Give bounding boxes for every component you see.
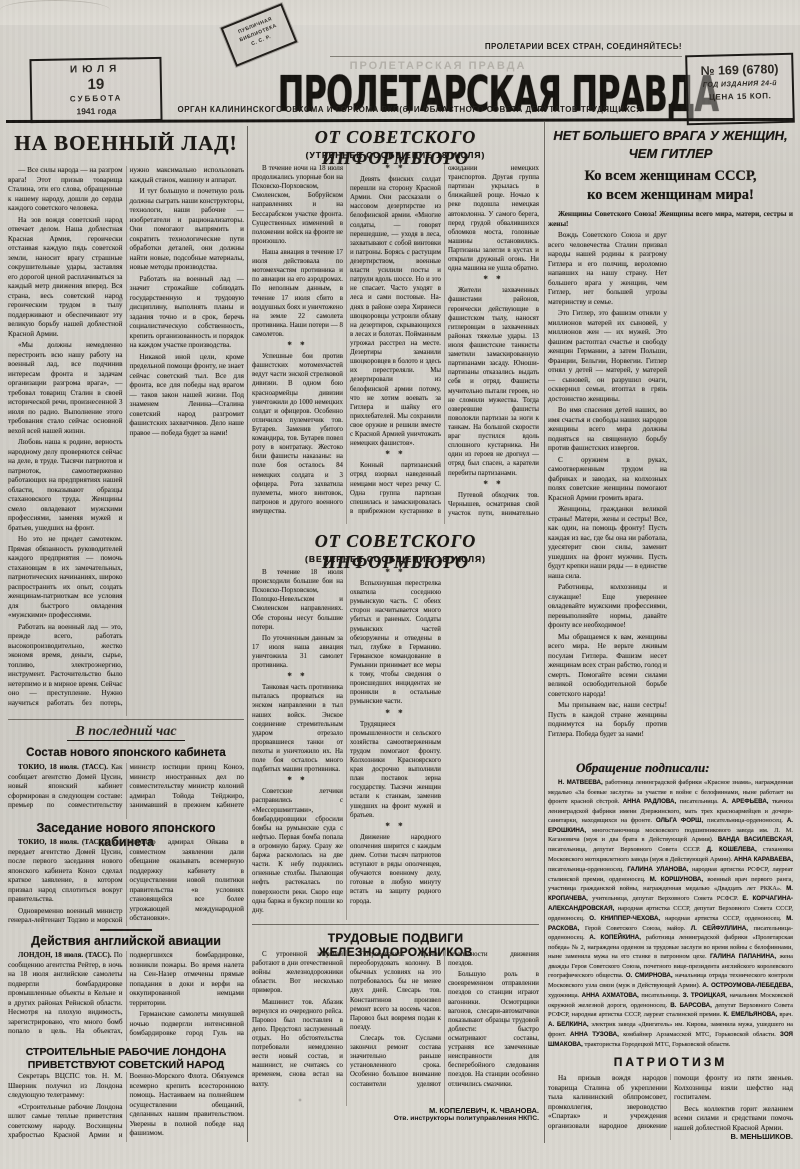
section-rule (8, 719, 244, 720)
masthead-subtitle: ОРГАН КАЛИНИНСКОГО ОБКОМА И ГОРКОМА ВКП(… (140, 105, 680, 114)
headline-british-aviation: Действия английской авиации (8, 934, 244, 948)
headline-london-builders-line2: ПРИВЕТСТВУЮТ СОВЕТСКИЙ НАРОД (8, 1059, 244, 1072)
section-rule (100, 929, 152, 931)
slogan-rule (330, 56, 682, 57)
railway-signature-names: М. КОПЕЛЕВИЧ, К. ЧВАНОВА. (429, 1106, 539, 1115)
signed-by-label: Обращение подписали: (548, 760, 793, 776)
issue-box: № 169 (6780) ГОД ИЗДАНИЯ 24-й ЦЕНА 15 КО… (685, 53, 795, 126)
patriotism-signature: В. МЕНЬШИКОВ. (660, 1132, 793, 1141)
article-evening-report-body: В течение 18 июля происходили большие бо… (252, 568, 539, 920)
headline-informburo-evening: ОТ СОВЕТСКОГО ИНФОРМБЮРО (252, 531, 539, 573)
article-japan-session-body: ТОКИО, 18 июля. (ТАСС). Как передает аге… (8, 838, 244, 926)
kicker-line2: ЧЕМ ГИТЛЕР (548, 145, 793, 163)
article-railway-feats-body: С утроенной энергией работают в дни отеч… (252, 950, 539, 1106)
date-day: 19 (32, 75, 160, 94)
issue-price: ЦЕНА 15 КОП. (688, 91, 792, 103)
bottom-paper-margin (0, 0, 800, 25)
subhead-evening-report: (ВЕЧЕРНЕЕ СООБЩЕНИЕ 18 ИЮЛЯ) (252, 554, 539, 564)
date-month: ИЮЛЯ (32, 63, 160, 76)
article-morning-report-body: В течение ночи на 18 июля продолжались у… (252, 164, 539, 524)
signatories-list: Н. МАТВЕЕВА, работница ленинградской фаб… (548, 778, 793, 1050)
railway-signature-title: Отв. инструкторы политуправления НКПС. (380, 1115, 539, 1122)
section-rule (252, 924, 539, 925)
women-appeal-lead-text: Женщины Советского Союза! Женщины всего … (548, 210, 793, 228)
last-hour-label: В последний час (67, 724, 184, 741)
women-appeal-lead: Женщины Советского Союза! Женщины всего … (548, 210, 793, 228)
article-patriotism-body: На призыв вождя народов товарища Сталина… (548, 1074, 793, 1140)
headline-london-builders: СТРОИТЕЛЬНЫЕ РАБОЧИЕ ЛОНДОНА ПРИВЕТСТВУЮ… (8, 1046, 244, 1072)
issue-edition-year: ГОД ИЗДАНИЯ 24-й (688, 80, 792, 90)
headline-to-all-women-line1: Ко всем женщинам СССР, (548, 167, 793, 186)
subhead-morning-report: (УТРЕННЕЕ СООБЩЕНИЕ 18 ИЮЛЯ) (252, 150, 539, 160)
article-london-builders-body: Секретарь ВЦСПС тов. Н. М. Шверник получ… (8, 1072, 244, 1142)
section-last-hour: В последний час (8, 724, 244, 740)
scan-tear-mark (0, 0, 110, 26)
headline-japan-cabinet: Состав нового японского кабинета (8, 747, 244, 759)
headline-patriotism: ПАТРИОТИЗМ (548, 1055, 793, 1069)
newspaper-page: ПРОЛЕТАРСКАЯ ПРАВДА ПРОЛЕТАРИИ ВСЕХ СТРА… (0, 0, 800, 1169)
newspaper-title: ПРОЛЕТАРСКАЯ ПРАВДА (278, 66, 616, 123)
column-divider (247, 126, 248, 1142)
kicker-line1: НЕТ БОЛЬШЕГО ВРАГА У ЖЕНЩИН, (548, 127, 793, 145)
article-women-appeal-body: Вождь Советского Союза и друг всего чело… (548, 231, 793, 755)
date-weekday: СУББОТА (32, 93, 160, 104)
masthead-slogan: ПРОЛЕТАРИИ ВСЕХ СТРАН, СОЕДИНЯЙТЕСЬ! (420, 42, 682, 51)
railway-signature: М. КОПЕЛЕВИЧ, К. ЧВАНОВА. Отв. инструкто… (380, 1106, 539, 1122)
issue-number: № 169 (6780) (687, 62, 791, 79)
headline-to-all-women: Ко всем женщинам СССР, ко всем женщинам … (548, 167, 793, 205)
column-divider (544, 121, 545, 1143)
headline-to-all-women-line2: ко всем женщинам мира! (548, 186, 793, 205)
headline-informburo-morning: ОТ СОВЕТСКОГО ИНФОРМБЮРО (252, 127, 539, 169)
headline-london-builders-line1: СТРОИТЕЛЬНЫЕ РАБОЧИЕ ЛОНДОНА (8, 1046, 244, 1059)
article-war-footing-body: — Все силы народа — на разгром врага! Эт… (8, 166, 244, 716)
article-japan-cabinet-body: ТОКИО, 18 июля. (ТАСС). Как сообщает аге… (8, 763, 244, 819)
article-british-aviation-body: ЛОНДОН, 18 июля. (ТАСС). По сообщению аг… (8, 951, 244, 1041)
headline-war-footing: НА ВОЕННЫЙ ЛАД! (8, 131, 244, 156)
kicker-no-greater-enemy: НЕТ БОЛЬШЕГО ВРАГА У ЖЕНЩИН, ЧЕМ ГИТЛЕР (548, 127, 793, 162)
